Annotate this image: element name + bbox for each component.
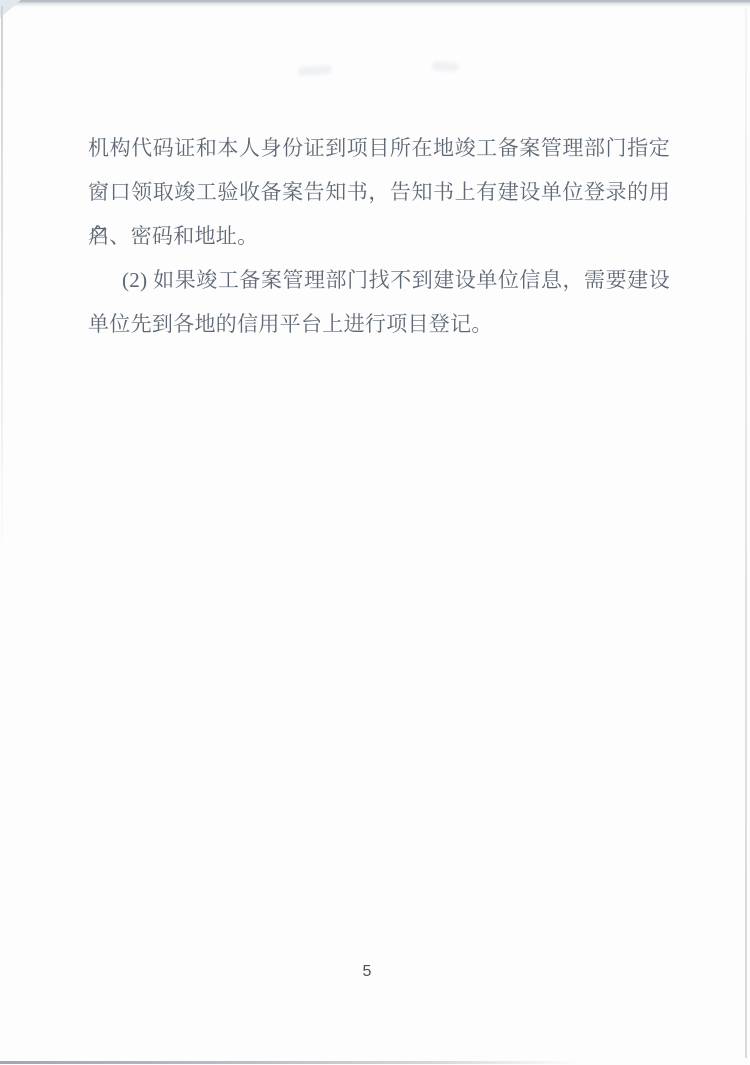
- scan-edge-left: [1, 6, 3, 566]
- paragraph-1-line-1: 机构代码证和本人身份证到项目所在地竣工备案管理部门指定: [88, 126, 670, 170]
- page-number: 5: [0, 963, 734, 981]
- bleed-through-mark: [298, 65, 333, 76]
- scan-edge-top: [0, 0, 750, 8]
- scan-edge-right: [745, 8, 747, 1058]
- paragraph-1-line-3: 名、密码和地址。: [88, 214, 670, 258]
- scan-edge-bottom: [0, 1061, 580, 1064]
- bleed-through-mark: [432, 61, 458, 71]
- paragraph-2-line-1: (2) 如果竣工备案管理部门找不到建设单位信息，需要建设: [88, 258, 670, 302]
- scan-corner-top-left: [0, 0, 21, 18]
- body-text: 机构代码证和本人身份证到项目所在地竣工备案管理部门指定 窗口领取竣工验收备案告知…: [88, 126, 670, 346]
- paragraph-2-line-2: 单位先到各地的信用平台上进行项目登记。: [88, 302, 670, 346]
- paragraph-1-line-2: 窗口领取竣工验收备案告知书，告知书上有建设单位登录的用户: [88, 170, 670, 214]
